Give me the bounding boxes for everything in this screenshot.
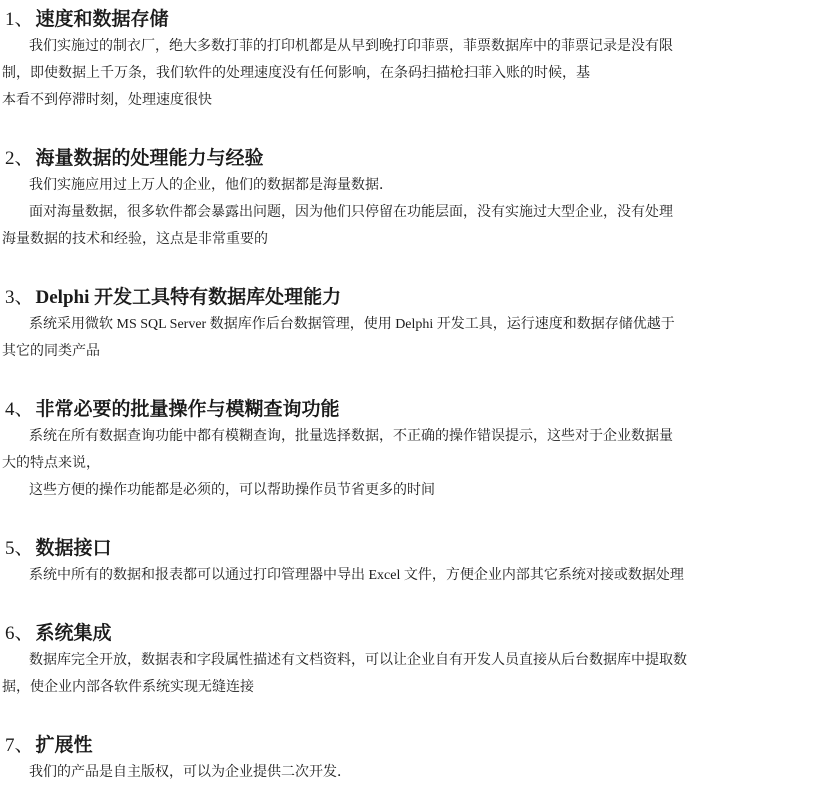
body-line: 这些方便的操作功能都是必须的，可以帮助操作员节省更多的时间 [0, 477, 815, 504]
section-title: 海量数据的处理能力与经验 [36, 148, 264, 169]
section-number: 4、 [0, 396, 34, 423]
section-system-integration: 6、系统集成 数据库完全开放，数据表和字段属性描述有文档资料，可以让企业自有开发… [0, 620, 815, 701]
body-line: 我们的产品是自主版权，可以为企业提供二次开发． [0, 759, 815, 786]
body-line: 数据库完全开放，数据表和字段属性描述有文档资料，可以让企业自有开发人员直接从后台… [0, 647, 815, 674]
body-line: 我们实施应用过上万人的企业，他们的数据都是海量数据． [0, 172, 815, 199]
section-speed-and-storage: 1、速度和数据存储 我们实施过的制衣厂，绝大多数打菲的打印机都是从早到晚打印菲票… [0, 6, 815, 114]
body-line: 据，使企业内部各软件系统实现无缝连接 [0, 674, 815, 701]
body-line: 其它的同类产品 [0, 338, 815, 365]
section-title: Delphi 开发工具特有数据库处理能力 [36, 287, 342, 308]
body-line: 大的特点来说， [0, 450, 815, 477]
body-line: 本看不到停滞时刻，处理速度很快 [0, 87, 815, 114]
section-heading: 3、Delphi 开发工具特有数据库处理能力 [0, 284, 815, 311]
body-line: 系统采用微软 MS SQL Server 数据库作后台数据管理，使用 Delph… [0, 311, 815, 338]
section-heading: 5、数据接口 [0, 535, 815, 562]
section-number: 1、 [0, 6, 34, 33]
section-number: 6、 [0, 620, 34, 647]
section-title: 系统集成 [36, 623, 112, 644]
section-delphi-tools: 3、Delphi 开发工具特有数据库处理能力 系统采用微软 MS SQL Ser… [0, 284, 815, 365]
section-heading: 1、速度和数据存储 [0, 6, 815, 33]
section-title: 非常必要的批量操作与模糊查询功能 [36, 399, 340, 420]
section-batch-fuzzy-query: 4、非常必要的批量操作与模糊查询功能 系统在所有数据查询功能中都有模糊查询，批量… [0, 396, 815, 504]
section-number: 7、 [0, 732, 34, 759]
section-heading: 2、海量数据的处理能力与经验 [0, 145, 815, 172]
section-extensibility: 7、扩展性 我们的产品是自主版权，可以为企业提供二次开发． [0, 732, 815, 786]
section-title: 扩展性 [36, 735, 93, 756]
section-massive-data: 2、海量数据的处理能力与经验 我们实施应用过上万人的企业，他们的数据都是海量数据… [0, 145, 815, 253]
body-line: 制，即使数据上千万条，我们软件的处理速度没有任何影响，在条码扫描枪扫菲入账的时候… [0, 60, 815, 87]
section-title: 数据接口 [36, 538, 112, 559]
document: 1、速度和数据存储 我们实施过的制衣厂，绝大多数打菲的打印机都是从早到晚打印菲票… [0, 0, 815, 786]
section-number: 2、 [0, 145, 34, 172]
section-heading: 6、系统集成 [0, 620, 815, 647]
body-line: 系统在所有数据查询功能中都有模糊查询，批量选择数据，不正确的操作错误提示，这些对… [0, 423, 815, 450]
body-line: 系统中所有的数据和报表都可以通过打印管理器中导出 Excel 文件，方便企业内部… [0, 562, 815, 589]
body-line: 海量数据的技术和经验，这点是非常重要的 [0, 226, 815, 253]
section-heading: 4、非常必要的批量操作与模糊查询功能 [0, 396, 815, 423]
section-heading: 7、扩展性 [0, 732, 815, 759]
section-title: 速度和数据存储 [36, 9, 169, 30]
section-data-interface: 5、数据接口 系统中所有的数据和报表都可以通过打印管理器中导出 Excel 文件… [0, 535, 815, 589]
section-number: 3、 [0, 284, 34, 311]
body-line: 我们实施过的制衣厂，绝大多数打菲的打印机都是从早到晚打印菲票，菲票数据库中的菲票… [0, 33, 815, 60]
section-number: 5、 [0, 535, 34, 562]
body-line: 面对海量数据，很多软件都会暴露出问题，因为他们只停留在功能层面，没有实施过大型企… [0, 199, 815, 226]
